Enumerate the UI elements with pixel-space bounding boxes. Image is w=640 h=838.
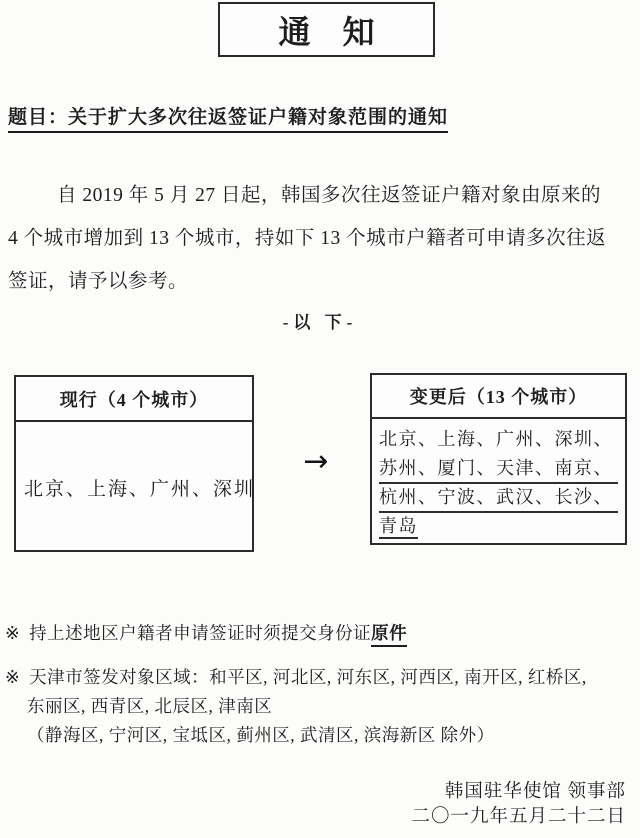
tianjin-note-line-1-text: 天津市签发对象区域：和平区, 河北区, 河东区, 河西区, 南开区, 红桥区, [29,667,587,687]
paragraph-line-2: 4 个城市增加到 13 个城市，持如下 13 个城市户籍者可申请多次往返 [8,217,632,260]
arrow-right-icon: → [296,444,336,479]
title-box: 通 知 [218,2,435,57]
changed-cities-line-3: 杭州、宁波、武汉、长沙、 [379,484,618,513]
reference-mark-icon: ※ [5,624,20,644]
notice-document: 通 知 题目：关于扩大多次往返签证户籍对象范围的通知 自 2019 年 5 月 … [0,0,640,838]
below-divider: -以 下- [0,308,640,333]
current-cities-header: 现行（4 个城市） [16,377,252,422]
paragraph-line-3: 签证，请予以参考。 [8,260,632,303]
changed-cities-line-2: 苏州、厦门、天津、南京、 [379,455,618,484]
tianjin-note-line-2: 东丽区, 西青区, 北辰区, 津南区 [5,692,587,721]
subject-line: 题目：关于扩大多次往返签证户籍对象范围的通知 [8,102,448,129]
tianjin-note-line-1: ※天津市签发对象区域：和平区, 河北区, 河东区, 河西区, 南开区, 红桥区, [5,663,587,692]
note-id-requirement: ※持上述地区户籍者申请签证时须提交身份证原件 [5,620,407,645]
current-cities-box: 现行（4 个城市） 北京、上海、广州、深圳 [14,375,254,552]
note-id-text: 持上述地区户籍者申请签证时须提交身份证 [29,623,371,643]
changed-cities-line-1: 北京、上海、广州、深圳、 [379,426,618,455]
note-tianjin-districts: ※天津市签发对象区域：和平区, 河北区, 河东区, 河西区, 南开区, 红桥区,… [5,663,587,750]
body-paragraph: 自 2019 年 5 月 27 日起，韩国多次往返签证户籍对象由原来的 4 个城… [8,174,632,303]
changed-cities-line-4: 青岛 [379,513,618,542]
changed-cities-header: 变更后（13 个城市） [372,375,625,419]
signature-date: 二〇一九年五月二十二日 [411,805,626,830]
signature-org: 韩国驻华使馆 领事部 [411,780,626,805]
changed-cities-box: 变更后（13 个城市） 北京、上海、广州、深圳、 苏州、厦门、天津、南京、 杭州… [370,373,627,545]
document-title: 通 知 [266,7,386,53]
changed-cities-list: 北京、上海、广州、深圳、 苏州、厦门、天津、南京、 杭州、宁波、武汉、长沙、 青… [372,419,625,542]
subject-text: 题目：关于扩大多次往返签证户籍对象范围的通知 [8,107,448,133]
signature-block: 韩国驻华使馆 领事部 二〇一九年五月二十二日 [411,780,626,830]
changed-cities-line-4-text: 青岛 [379,516,418,539]
tianjin-note-line-3: （静海区, 宁河区, 宝坻区, 蓟州区, 武清区, 滨海新区 除外） [5,721,587,750]
reference-mark-icon: ※ [5,668,20,688]
paragraph-line-1: 自 2019 年 5 月 27 日起，韩国多次往返签证户籍对象由原来的 [8,174,632,217]
note-id-emphasis: 原件 [371,623,407,647]
current-cities-list: 北京、上海、广州、深圳 [16,422,252,552]
